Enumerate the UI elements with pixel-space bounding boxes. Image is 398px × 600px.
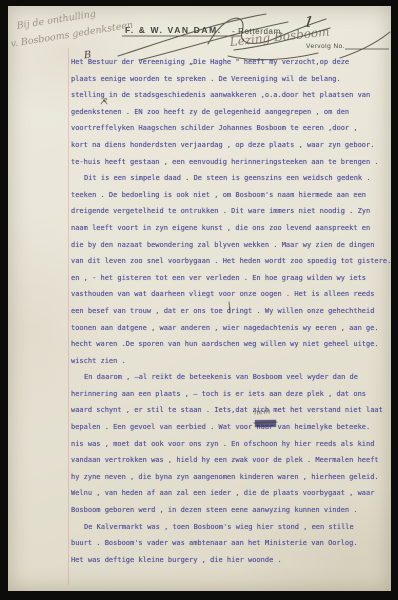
typed-line: gedenkstenen . EN zoo heeft zy de gelege… — [71, 104, 391, 121]
vervolg-no-label: Vervolg No. — [306, 43, 345, 50]
typed-line: De Kalvermarkt was , toen Bosboom's wieg… — [71, 519, 391, 536]
typed-line: Dit is een simpele daad . De steen is ge… — [71, 170, 391, 187]
typed-line: stelling in de stadsgeschiedenis aanwakk… — [71, 87, 391, 104]
typed-line: toonen aan datgene , waar anderen , wier… — [71, 320, 391, 337]
typed-line: en , - het gisteren tot een ver verleden… — [71, 270, 391, 287]
typed-line: dreigende vergetelheid te ontrukken . Di… — [71, 203, 391, 220]
typed-line: die by den nazaat bewondering zal blyven… — [71, 237, 391, 254]
typed-line: herinnering aan een plaats , — toch is e… — [71, 386, 391, 403]
typed-line: Bosboom geboren werd , in dezen steen ee… — [71, 502, 391, 519]
typed-line: plaats eenige woorden te spreken . De Ve… — [71, 71, 391, 88]
typed-line: wischt zien . — [71, 353, 391, 370]
typed-line: En daarom , —al reikt de beteekenis van … — [71, 369, 391, 386]
typed-line: waard schynt , er stil te staan . Iets,d… — [71, 402, 391, 419]
typed-line: te-huis heeft gestaan , een eenvoudig he… — [71, 154, 391, 171]
typed-text-block: Het Bestuur der Vereeniging „Die Haghe "… — [71, 54, 391, 568]
typed-line: van dit leven zoo snel voorbygaan . Het … — [71, 253, 391, 270]
typed-line: voortreffelyken Haagschen schilder Johan… — [71, 120, 391, 137]
typed-line: Het was deftige kleine burgery , die hie… — [71, 552, 391, 569]
typed-line: bepalen . Een gevoel van eerbied . Wat v… — [71, 419, 391, 436]
typed-line: een besef van trouw , dat er ons toe dri… — [71, 303, 391, 320]
typed-line: buurt . Bosboom's vader was ambtenaar aa… — [71, 535, 391, 552]
struck-out-word-mark — [255, 420, 276, 427]
typed-line: naam leeft voort in zyn eigene kunst , d… — [71, 220, 391, 237]
typed-line: vandaan vertrokken was , hield hy een zw… — [71, 452, 391, 469]
typed-line: Welnu , van heden af aan zal een ieder ,… — [71, 485, 391, 502]
typed-line: kort na diens honderdsten verjaardag , o… — [71, 137, 391, 154]
typed-line: hy zyne neven , die byna zyn aangenomen … — [71, 469, 391, 486]
typed-line: vasthouden van wat daarheen vliegt voor … — [71, 286, 391, 303]
typed-line: nis was , moet dat ook voor ons zyn . En… — [71, 436, 391, 453]
scanned-letter-page: F. & W. VAN DAM. - Rotterdam. Vervolg No… — [8, 6, 391, 591]
typed-line: hecht waren .De sporen van hun aardschen… — [71, 336, 391, 353]
letterhead-firm-name: F. & W. VAN DAM. — [125, 25, 222, 35]
red-margin-rule — [68, 48, 69, 585]
screenshot-root: { "scan": { "paper_color": "#e9e5d8", "t… — [0, 0, 398, 600]
typed-line: Het Bestuur der Vereeniging „Die Haghe "… — [71, 54, 391, 71]
typed-line: teeken . De bedoeling is ook niet , om B… — [71, 187, 391, 204]
